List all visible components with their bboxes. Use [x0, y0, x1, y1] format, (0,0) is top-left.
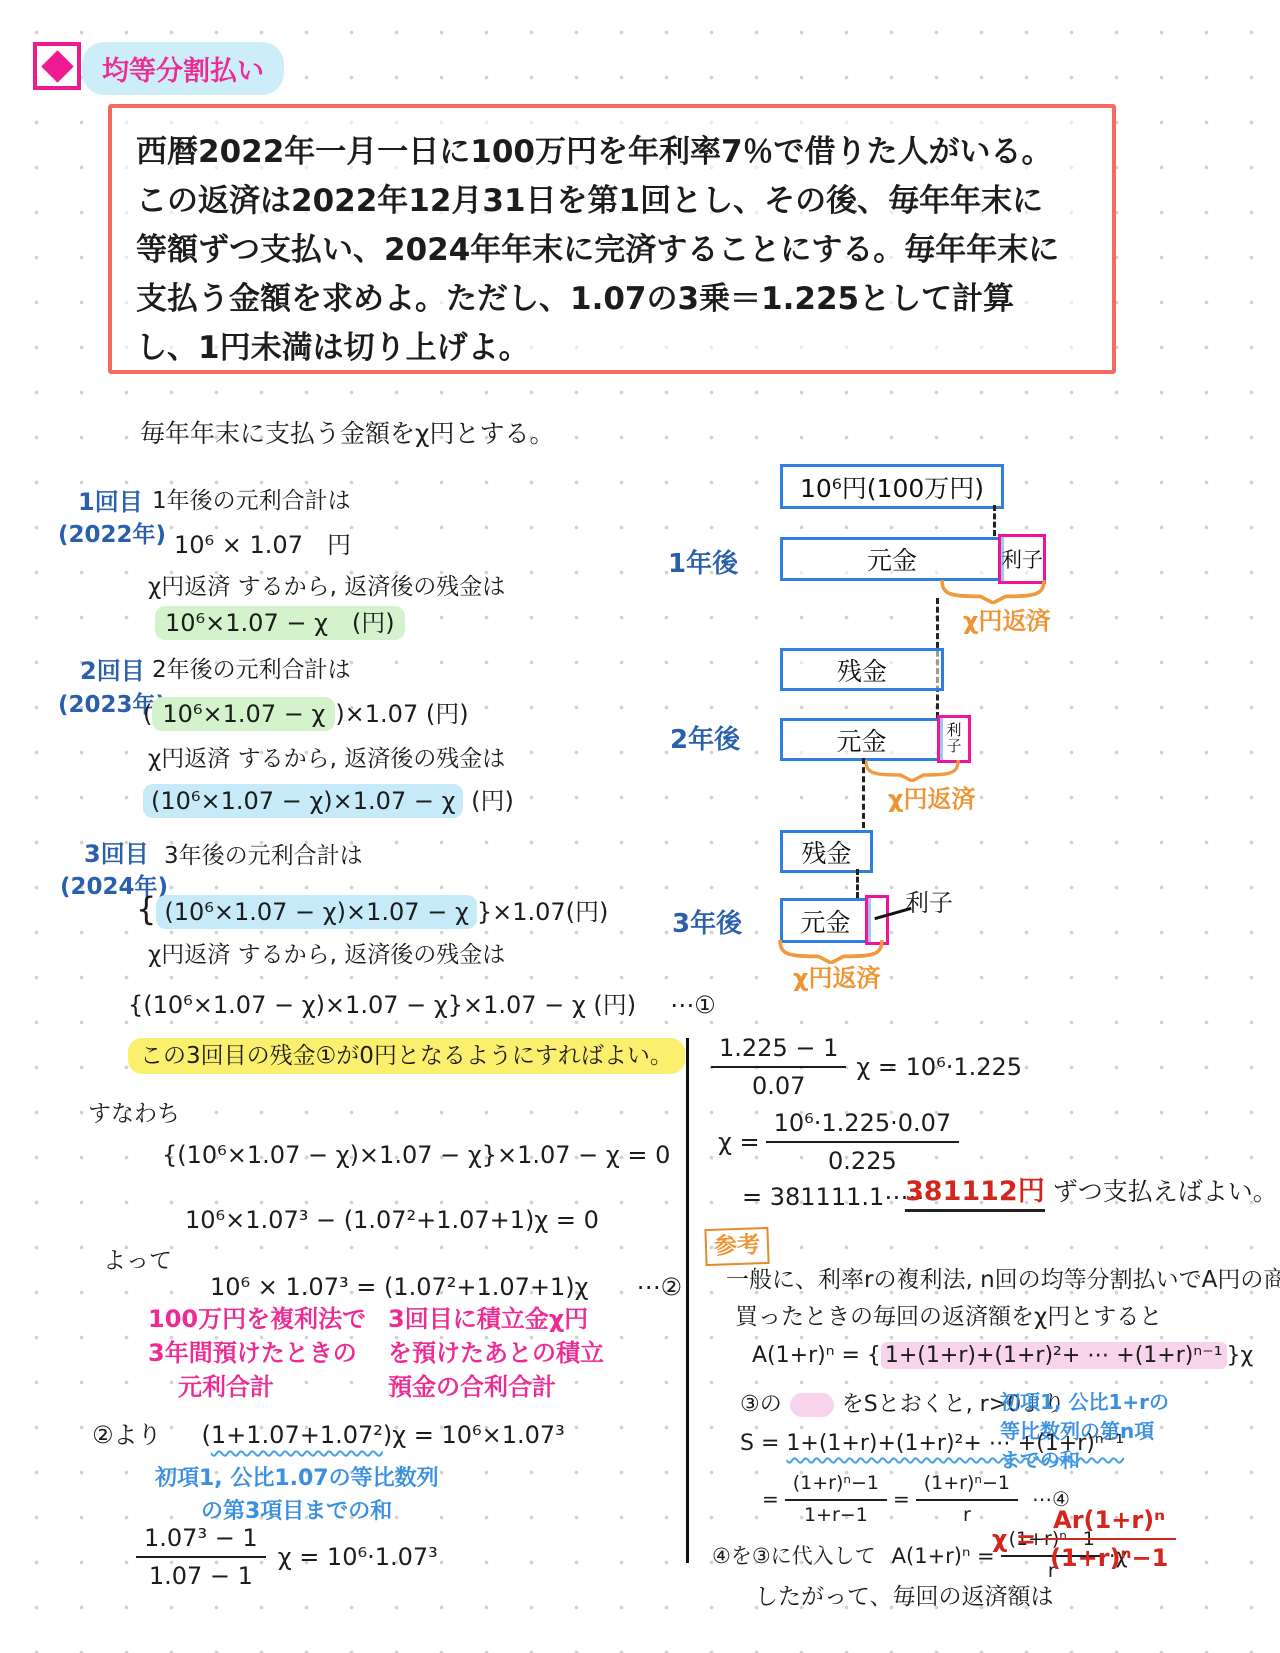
round1-label: 1回目 [78, 487, 143, 517]
round3-line1: 3年後の元利合計は [164, 842, 363, 871]
fraction: 1.07³ − 11.07 − 1 [136, 1523, 266, 1591]
principal-box-year3: 元金 [780, 898, 871, 943]
principal-box-year1: 元金 [780, 537, 1004, 581]
problem-line: 等額ずつ支払い、2024年年末に完済することにする。毎年年末に [136, 226, 1088, 275]
repay-brace-year1 [940, 580, 1046, 604]
solution-approx: = 381111.1⋯⋯ [742, 1182, 932, 1212]
problem-line: 支払う金額を求めよ。ただし、1.07の3乗＝1.225として計算 [136, 275, 1088, 324]
round2-hl: 10⁶×1.07 − χ [152, 697, 335, 731]
interest-box-year3 [865, 895, 889, 945]
round3-line3: χ円返済 するから, 返済後の残金は [148, 941, 505, 970]
problem-statement-box: 西暦2022年一月一日に100万円を年利率7％で借りた人がいる。 この返済は20… [108, 104, 1116, 374]
answer-amount: 381112円 [905, 1176, 1045, 1212]
loan-total-box: 10⁶円(100万円) [780, 464, 1004, 509]
round3-hl: (10⁶×1.07 − χ)×1.07 − χ [156, 895, 476, 929]
round3-label: 3回目 [84, 839, 149, 869]
round2-balance-hl: (10⁶×1.07 − χ)×1.07 − χ [143, 784, 463, 818]
interest-box-year1: 利子 [998, 534, 1046, 584]
repay-label-year1: χ円返済 [963, 606, 1050, 636]
fraction: 1.225 − 10.07 [711, 1033, 846, 1101]
work-intro: 毎年年末に支払う金額をχ円とする。 [140, 418, 554, 449]
round1-balance-formula: 10⁶×1.07 − χ (円) [155, 606, 405, 640]
round2-line1: 2年後の元利合計は [152, 656, 351, 685]
balance-box-year2: 残金 [780, 830, 873, 873]
problem-line: 西暦2022年一月一日に100万円を年利率7％で借りた人がいる。 [136, 128, 1088, 177]
column-divider [686, 1038, 689, 1563]
note-compound-interest: 100万円を複利法で 3年間預けたときの 元利合計 [148, 1302, 366, 1404]
sunawachi: すなわち [88, 1100, 180, 1129]
dashed-line [993, 505, 996, 536]
general-equation-3: A(1+r)ⁿ = {1+(1+r)+(1+r)²+ ⋯ +(1+r)ⁿ⁻¹}χ… [752, 1342, 1280, 1370]
reference-stamp: 参考 [704, 1227, 769, 1266]
s-series-part: 1+(1+r)+(1+r)²+ ⋯ +(1+r)ⁿ⁻¹ [786, 1431, 1124, 1456]
fraction: (1+r)ⁿ−11+r−1 [785, 1472, 887, 1528]
yotte: よって [103, 1247, 172, 1276]
final-statement: したがって、毎回の返済額は [755, 1583, 1054, 1612]
fraction: 10⁶·1.225·0.070.225 [766, 1108, 960, 1176]
solution-step2: χ = 10⁶·1.225·0.070.225 [718, 1108, 965, 1176]
geometric-series-part: 1+1.07+1.07² [211, 1421, 383, 1449]
round1-line2: 10⁶ × 1.07 円 [174, 530, 351, 560]
round1-line3: χ円返済 するから, 返済後の残金は [148, 573, 505, 602]
repay-brace-year2 [864, 760, 960, 782]
repay-label-year3: χ円返済 [793, 963, 880, 993]
round2-line2: (10⁶×1.07 − χ)×1.07 (円) [143, 699, 469, 729]
tag-circle1: ⋯① [670, 991, 716, 1019]
round3-line2: {(10⁶×1.07 − χ)×1.07 − χ}×1.07(円) [136, 889, 608, 929]
final-left-equation: 1.07³ − 11.07 − 1 χ = 10⁶·1.07³ [130, 1523, 438, 1591]
note-installment: 3回目に積立金χ円 を預けたあとの積立 預金の合利合計 [388, 1302, 604, 1404]
pink-placeholder [790, 1393, 834, 1417]
final-formula: χ = Ar(1+r)ⁿ(1+r)ⁿ−1 [992, 1505, 1182, 1573]
round3-line4: {(10⁶×1.07 − χ)×1.07 − χ}×1.07 − χ (円)⋯① [128, 990, 716, 1020]
round1-year: (2022年) [58, 521, 166, 550]
dashed-line [856, 869, 859, 898]
interest-label-year3: 利子 [905, 888, 953, 918]
equation-3: 10⁶ × 1.07³ = (1.07²+1.07+1)χ⋯② [210, 1272, 682, 1302]
year3-label: 3年後 [672, 908, 742, 941]
note-geometric-series: 初項1, 公比1.07の等比数列 の第3項目までの和 [155, 1462, 439, 1528]
solution-answer-row: 381112円ずつ支払えばよい。 [905, 1175, 1278, 1209]
page-title: 均等分割払い [82, 42, 284, 95]
interest-box-year2: 利子 [937, 715, 971, 763]
round2-label: 2回目 [80, 656, 145, 686]
tag-circle2: ⋯② [637, 1273, 683, 1301]
equation-1: {(10⁶×1.07 − χ)×1.07 − χ}×1.07 − χ = 0 [162, 1140, 670, 1170]
solution-step1: 1.225 − 10.07 χ = 10⁶·1.225 [705, 1033, 1022, 1101]
problem-line: し、1円未満は切り上げよ。 [136, 324, 1088, 373]
repay-brace-year3 [778, 940, 884, 964]
fraction: Ar(1+r)ⁿ(1+r)ⁿ−1 [1042, 1505, 1176, 1573]
diamond-bullet-icon [33, 42, 81, 90]
problem-line: この返済は2022年12月31日を第1回とし、その後、毎年年末に [136, 177, 1088, 226]
year2-label: 2年後 [670, 724, 740, 757]
year1-label: 1年後 [668, 548, 738, 581]
dashed-line [862, 758, 865, 828]
equation-2: 10⁶×1.07³ − (1.07²+1.07+1)χ = 0 [185, 1205, 599, 1235]
round1-line1: 1年後の元利合計は [152, 487, 351, 516]
general-line2: 買ったときの毎回の返済額をχ円とすると [735, 1303, 1162, 1332]
notebook-page: 均等分割払い 西暦2022年一月一日に100万円を年利率7％で借りた人がいる。 … [0, 0, 1280, 1653]
principal-box-year2: 元金 [780, 718, 943, 761]
series-highlight: 1+(1+r)+(1+r)²+ ⋯ +(1+r)ⁿ⁻¹ [881, 1342, 1227, 1369]
balance-box-year1: 残金 [780, 648, 944, 691]
general-line1: 一般に、利率rの複利法, n回の均等分割払いでA円の商品を [726, 1266, 1280, 1295]
round2-line3: χ円返済 するから, 返済後の残金は [148, 745, 505, 774]
s-equation: S = 1+(1+r)+(1+r)²+ ⋯ +(1+r)ⁿ⁻¹ [740, 1430, 1124, 1458]
keypoint: この3回目の残金①が0円となるようにすればよい。 [128, 1038, 685, 1074]
round2-line4: (10⁶×1.07 − χ)×1.07 − χ (円) [143, 786, 514, 816]
repay-label-year2: χ円返済 [888, 784, 975, 814]
from-eq2-row: ②より(1+1.07+1.07²)χ = 10⁶×1.07³ [92, 1420, 565, 1450]
